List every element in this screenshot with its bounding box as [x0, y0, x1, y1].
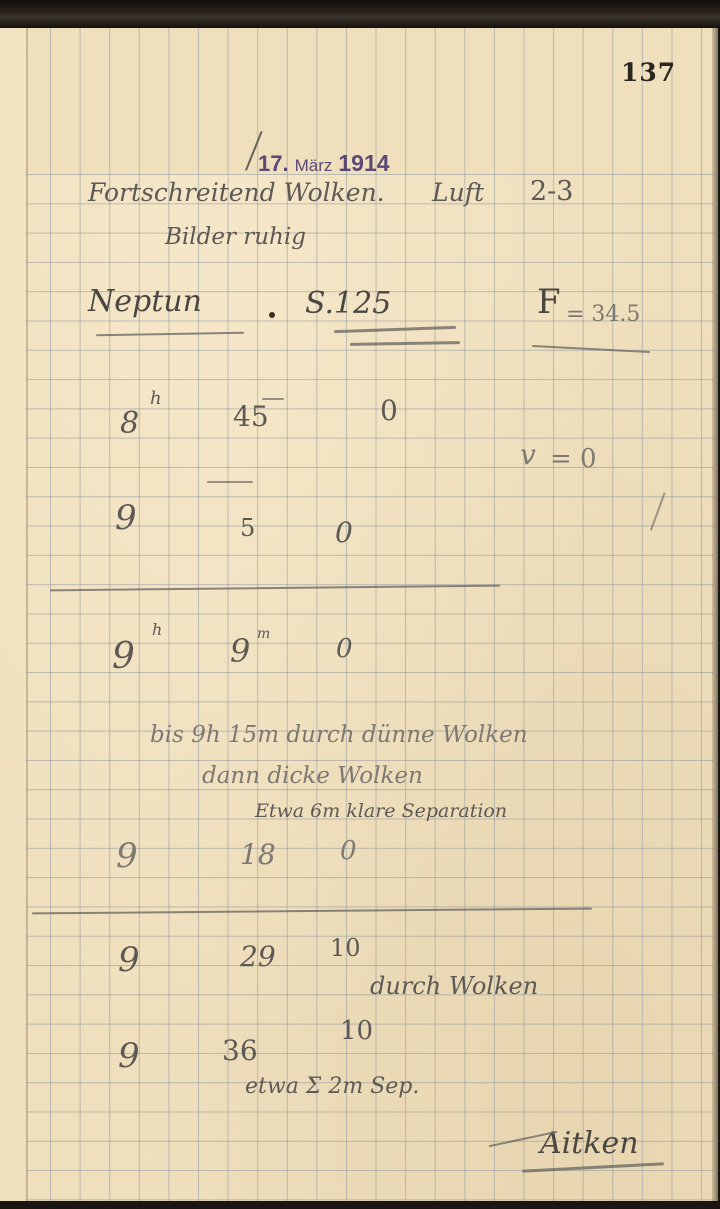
- obs-hour: 9: [118, 1036, 140, 1076]
- side-note-value: = 0: [550, 444, 597, 474]
- stamp-year: 1914: [338, 150, 389, 176]
- ditto-mark: [207, 481, 253, 483]
- page-number: 137: [621, 58, 676, 87]
- air-value: 2-3: [530, 176, 573, 207]
- focus-label: F: [537, 282, 561, 322]
- obs-hour-mark: h: [152, 620, 162, 639]
- obs-value: 0: [335, 516, 353, 549]
- stamp-month: März: [295, 156, 333, 175]
- image-note: Bilder ruhig: [165, 224, 306, 250]
- obs-minute: 45: [233, 400, 269, 433]
- cloud-annotation-line1: bis 9h 15m durch dünne Wolken: [150, 722, 528, 748]
- obs-minute: 5: [240, 514, 255, 542]
- cloud-annotation-line2: dann dicke Wolken: [202, 763, 423, 789]
- obs-minute: 18: [240, 838, 276, 871]
- obs-hour: 9: [118, 940, 140, 980]
- obs-hour: 9: [112, 636, 135, 677]
- obs-minute-mark: m: [257, 626, 270, 642]
- separator-dot: [269, 312, 275, 318]
- obs-value: 10: [330, 934, 361, 962]
- scale-value: S.125: [305, 286, 391, 321]
- book-spine-edge: [0, 0, 720, 28]
- obs-hour: 8: [120, 406, 139, 441]
- obs-minute: 29: [240, 940, 276, 973]
- page-right-edge: [712, 28, 718, 1201]
- cloud-annotation: durch Wolken: [370, 972, 538, 1000]
- object-name: Neptun: [88, 284, 202, 319]
- logbook-page: 137 17.März1914 Fortschreitend Wolken. L…: [0, 28, 718, 1201]
- obs-minute: 36: [222, 1034, 258, 1067]
- obs-value: 0: [336, 634, 353, 664]
- weather-note: Fortschreitend Wolken.: [88, 178, 385, 207]
- stamp-day: 17.: [258, 151, 289, 176]
- air-label: Luft: [432, 178, 484, 207]
- obs-hour: 9: [116, 836, 138, 876]
- minute-mark: [262, 398, 284, 400]
- separation-annotation: etwa Σ 2m Sep.: [245, 1074, 419, 1099]
- focus-value: = 34.5: [566, 302, 640, 327]
- side-note-label: v: [520, 438, 536, 471]
- obs-value: 10: [340, 1016, 373, 1046]
- obs-hour: 9: [115, 498, 137, 538]
- notebook-scan: 137 17.März1914 Fortschreitend Wolken. L…: [0, 0, 720, 1209]
- obs-minute: 9: [230, 632, 250, 670]
- obs-value: 0: [340, 836, 357, 866]
- cloud-annotation-line3: Etwa 6m klare Separation: [255, 800, 507, 822]
- binding-margin-line: [26, 28, 28, 1201]
- obs-hour-mark: h: [150, 388, 162, 409]
- obs-value: 0: [380, 394, 398, 427]
- date-stamp: 17.März1914: [258, 150, 390, 177]
